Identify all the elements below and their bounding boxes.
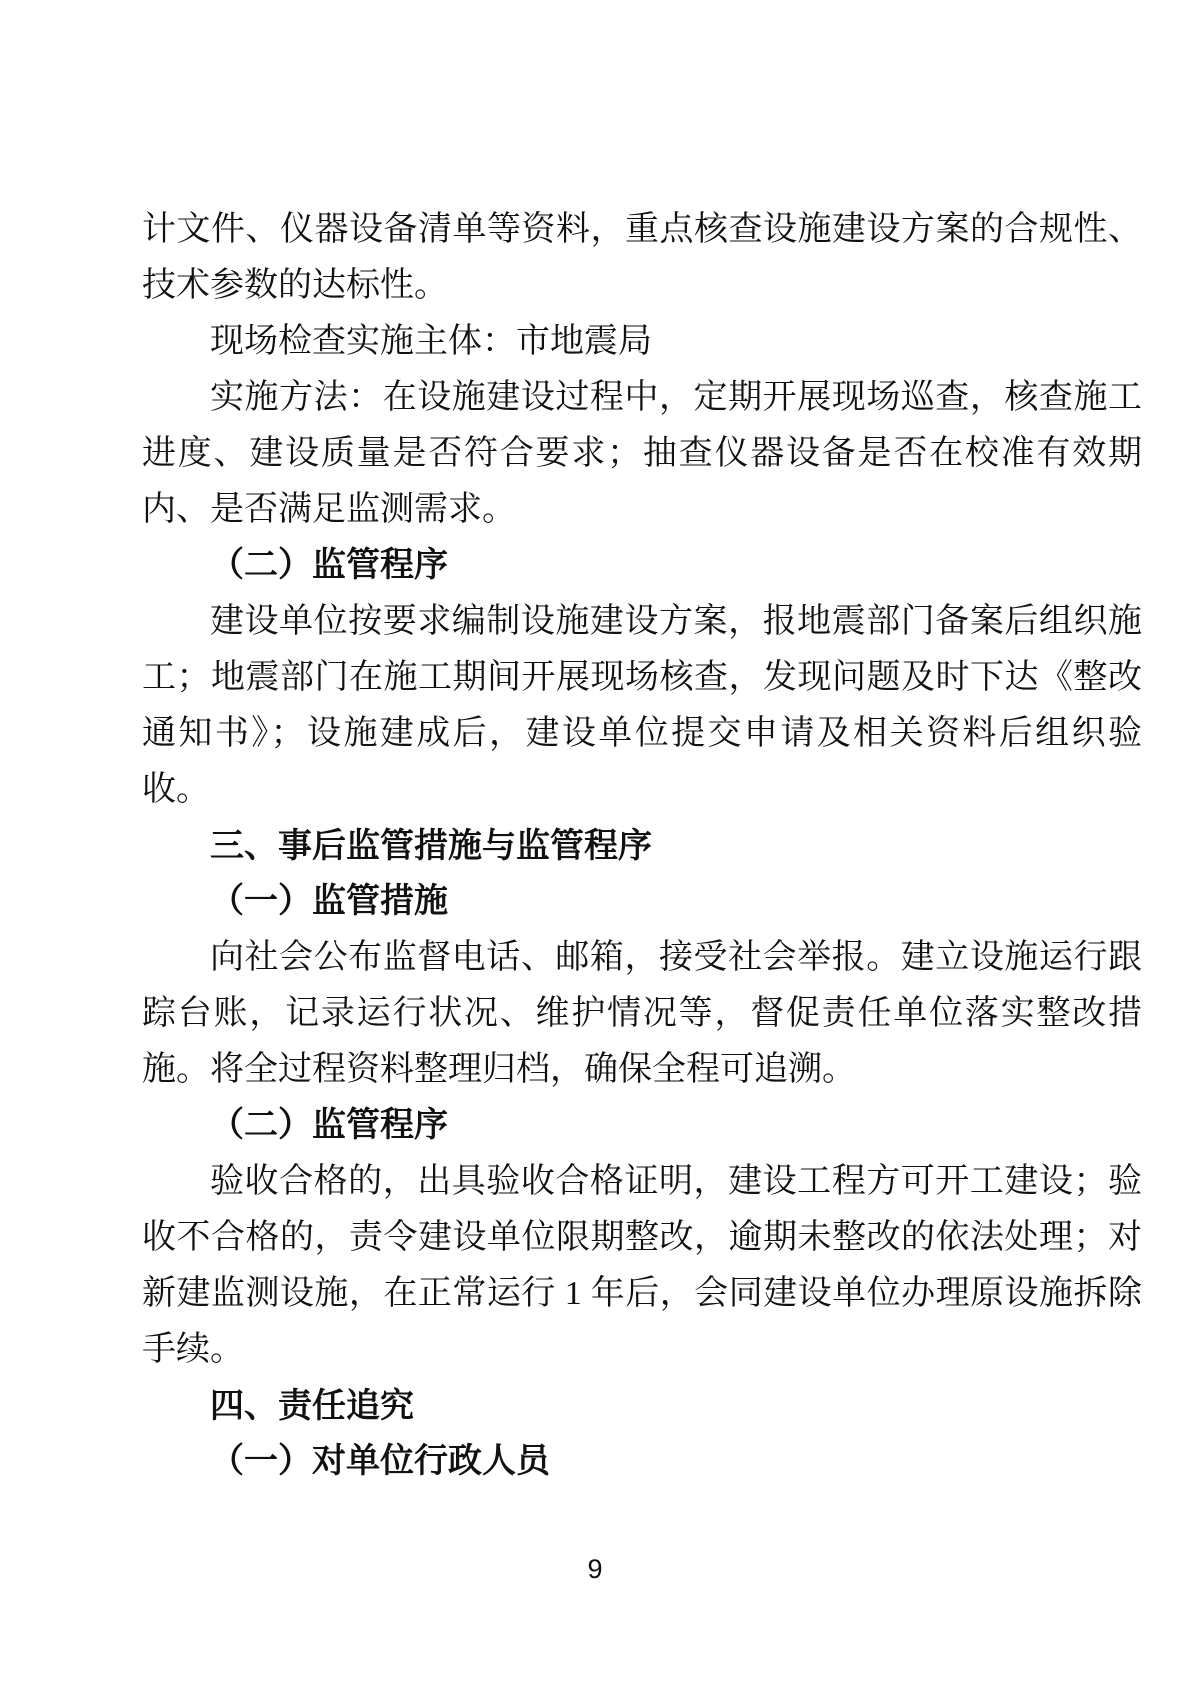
document-content: 计文件、仪器设备清单等资料，重点核查设施建设方案的合规性、技术参数的达标性。现场… — [142, 202, 1142, 1490]
subsection-heading: （二）监管程序 — [142, 538, 1142, 594]
body-paragraph: 验收合格的，出具验收合格证明，建设工程方可开工建设；验收不合格的，责令建设单位限… — [142, 1154, 1142, 1378]
subsection-heading: （二）监管程序 — [142, 1098, 1142, 1154]
body-paragraph: 现场检查实施主体：市地震局 — [142, 314, 1142, 370]
section-heading: 三、事后监管措施与监管程序 — [142, 818, 1142, 874]
section-heading: 四、责任追究 — [142, 1378, 1142, 1434]
body-paragraph: 计文件、仪器设备清单等资料，重点核查设施建设方案的合规性、技术参数的达标性。 — [142, 202, 1142, 314]
subsection-heading: （一）对单位行政人员 — [142, 1434, 1142, 1490]
document-page: 计文件、仪器设备清单等资料，重点核查设施建设方案的合规性、技术参数的达标性。现场… — [0, 0, 1190, 1683]
body-paragraph: 向社会公布监督电话、邮箱，接受社会举报。建立设施运行跟踪台账，记录运行状况、维护… — [142, 930, 1142, 1098]
subsection-heading: （一）监管措施 — [142, 874, 1142, 930]
page-number: 9 — [0, 1552, 1190, 1586]
body-paragraph: 实施方法：在设施建设过程中，定期开展现场巡查，核查施工进度、建设质量是否符合要求… — [142, 370, 1142, 538]
body-paragraph: 建设单位按要求编制设施建设方案，报地震部门备案后组织施工；地震部门在施工期间开展… — [142, 594, 1142, 818]
